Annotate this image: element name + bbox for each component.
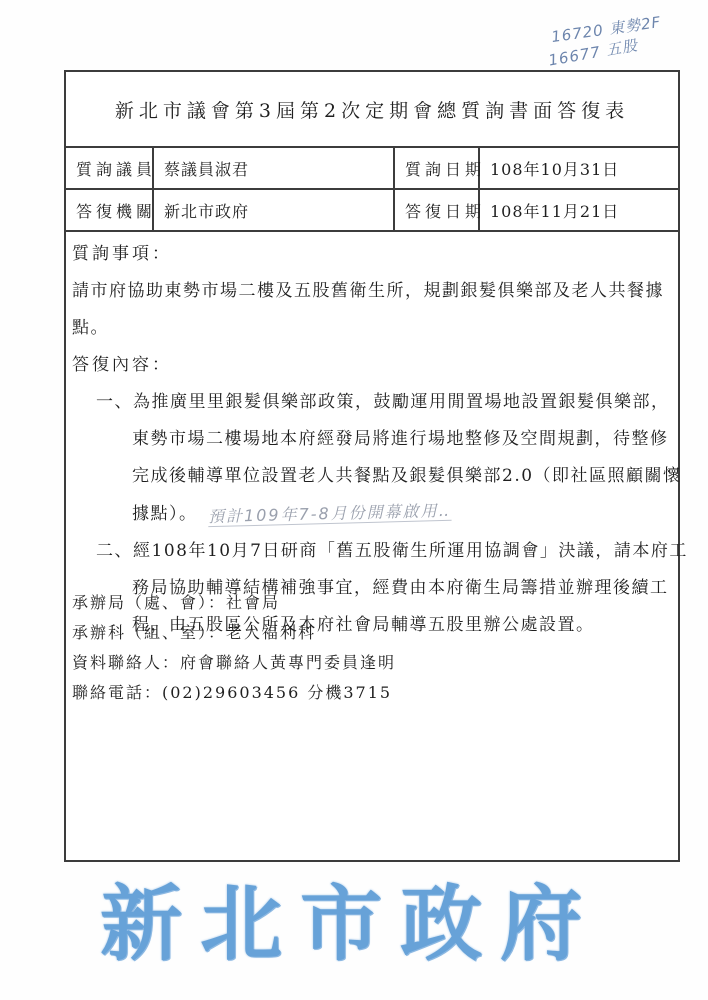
contact-phone-line: 聯絡電話：(02)29603456 分機3715: [72, 678, 396, 708]
question-date-label: 質詢日期: [395, 148, 480, 190]
reply-item-2-line: 二、經108年10月7日研商「舊五股衛生所運用協調會」決議，請本府工: [96, 533, 674, 570]
form-info-grid: 質詢議員 蔡議員淑君 質詢日期 108年10月31日 答復機關 新北市政府 答復…: [66, 148, 678, 232]
questioning-member-value: 蔡議員淑君: [154, 148, 395, 190]
reply-item-1-line: 據點）。預計109年7-8月份開幕啟用‥: [132, 495, 674, 533]
reply-item-1-line-end: 據點）。: [132, 504, 198, 524]
reply-item-1-line: 一、為推廣里里銀髮俱樂部政策，鼓勵運用閒置場地設置銀髮俱樂部，: [96, 384, 674, 421]
form-title: 新北市議會第3屆第2次定期會總質詢書面答復表: [66, 72, 678, 148]
question-date-value: 108年10月31日: [480, 148, 678, 190]
question-text-line: 請市府協助東勢市場二樓及五股舊衛生所，規劃銀髮俱樂部及老人共餐據: [72, 273, 674, 310]
scanned-document-page: 16720 東勢2F 16677 五股 新北市議會第3屆第2次定期會總質詢書面答…: [0, 0, 708, 1000]
reply-content-heading: 答復內容：: [72, 347, 674, 384]
form-body: 質詢事項： 請市府協助東勢市場二樓及五股舊衛生所，規劃銀髮俱樂部及老人共餐據 點…: [66, 232, 678, 644]
handwritten-registry-note: 16720 東勢2F 16677 五股: [550, 5, 708, 67]
contact-info-block: 承辦局（處、會）：社會局 承辦科（組、室）：老人福利科 資料聯絡人：府會聯絡人黃…: [72, 588, 396, 708]
reply-item-1-line: 東勢市場二樓場地本府經發局將進行場地整修及空間規劃，待整修: [132, 421, 674, 458]
contact-person-line: 資料聯絡人：府會聯絡人黃專門委員逢明: [72, 648, 396, 678]
question-text-line: 點。: [72, 310, 674, 347]
question-subject-heading: 質詢事項：: [72, 236, 674, 273]
new-taipei-city-government-stamp: 新北市政府: [100, 874, 600, 974]
reply-form-table: 新北市議會第3屆第2次定期會總質詢書面答復表 質詢議員 蔡議員淑君 質詢日期 1…: [64, 70, 680, 862]
replying-agency-label: 答復機關: [66, 190, 154, 232]
handwritten-opening-annotation: 預計109年7-8月份開幕啟用‥: [207, 492, 451, 535]
replying-agency-value: 新北市政府: [154, 190, 395, 232]
reply-date-label: 答復日期: [395, 190, 480, 232]
reply-item-1-line: 完成後輔導單位設置老人共餐點及銀髮俱樂部2.0（即社區照顧關懷: [132, 458, 674, 495]
handling-section-line: 承辦科（組、室）：老人福利科: [72, 618, 396, 648]
questioning-member-label: 質詢議員: [66, 148, 154, 190]
reply-date-value: 108年11月21日: [480, 190, 678, 232]
handling-bureau-line: 承辦局（處、會）：社會局: [72, 588, 396, 618]
